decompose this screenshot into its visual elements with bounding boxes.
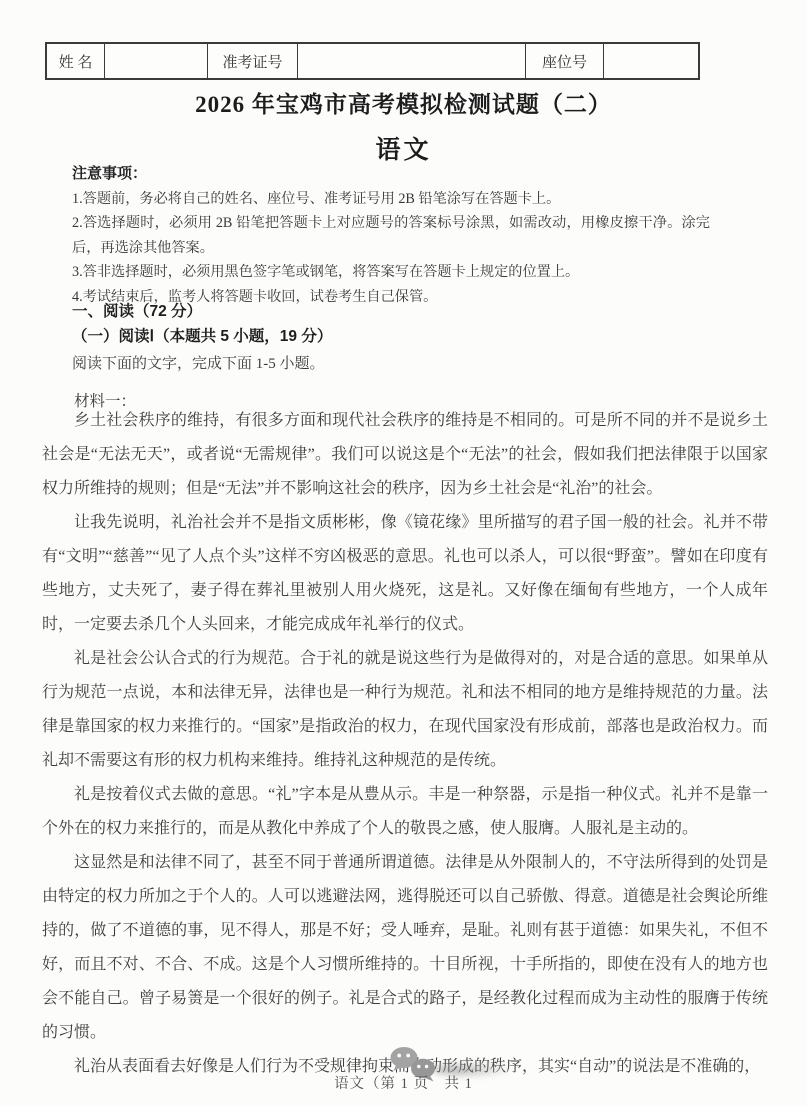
notice-item: 2.答选择题时，必须用 2B 铅笔把答题卡上对应题号的答案标号涂黑，如需改动，用… — [72, 211, 710, 260]
exam-id-fill-in-cell — [298, 44, 526, 78]
seat-number-fill-in-cell — [604, 44, 698, 78]
notice-heading: 注意事项： — [72, 162, 710, 187]
name-label: 姓 名 — [47, 44, 105, 78]
student-info-table: 姓 名 准考证号 座位号 — [45, 42, 700, 80]
part-one-heading: 一、阅读（72 分） — [72, 299, 732, 324]
body-paragraph: 乡土社会秩序的维持，有很多方面和现代社会秩序的维持是不相同的。可是所不同的并不是… — [42, 404, 768, 506]
exam-page: 姓 名 准考证号 座位号 2026 年宝鸡市高考模拟检测试题（二） 语文 注意事… — [0, 0, 807, 1106]
reading-instruction: 阅读下面的文字，完成下面 1-5 小题。 — [72, 351, 732, 378]
body-paragraph: 让我先说明，礼治社会并不是指文质彬彬，像《镜花缘》里所描写的君子国一般的社会。礼… — [42, 506, 768, 642]
footer-page-number: 语文（第 1 页 共 1 — [0, 1072, 807, 1093]
notice-block: 注意事项： 1.答题前，务必将自己的姓名、座位号、准考证号用 2B 铅笔涂写在答… — [72, 162, 710, 310]
reading-section-headings: 一、阅读（72 分） （一）阅读Ⅰ（本题共 5 小题，19 分） 阅读下面的文字… — [72, 299, 732, 415]
body-paragraph: 这显然是和法律不同了，甚至不同于普通所谓道德。法律是从外限制人的，不守法所得到的… — [42, 846, 768, 1050]
notice-item: 3.答非选择题时，必须用黑色签字笔或钢笔，将答案写在答题卡上规定的位置上。 — [72, 260, 710, 285]
subject-title: 语文 — [0, 130, 807, 166]
seat-number-label: 座位号 — [526, 44, 604, 78]
reading-one-subheading: （一）阅读Ⅰ（本题共 5 小题，19 分） — [72, 324, 732, 349]
page-title: 2026 年宝鸡市高考模拟检测试题（二） — [0, 86, 807, 119]
notice-item: 1.答题前，务必将自己的姓名、座位号、准考证号用 2B 铅笔涂写在答题卡上。 — [72, 187, 710, 212]
name-fill-in-cell — [105, 44, 208, 78]
body-paragraph: 礼是按着仪式去做的意思。“礼”字本是从豊从示。丰是一种祭器，示是指一种仪式。礼并… — [42, 778, 768, 846]
material-one-body: 乡土社会秩序的维持，有很多方面和现代社会秩序的维持是不相同的。可是所不同的并不是… — [42, 404, 768, 1084]
page-footer: 语文（第 1 页 共 1 — [0, 1040, 807, 1106]
exam-id-label: 准考证号 — [208, 44, 298, 78]
body-paragraph: 礼是社会公认合式的行为规范。合于礼的就是说这些行为是做得对的，对是合适的意思。如… — [42, 642, 768, 778]
